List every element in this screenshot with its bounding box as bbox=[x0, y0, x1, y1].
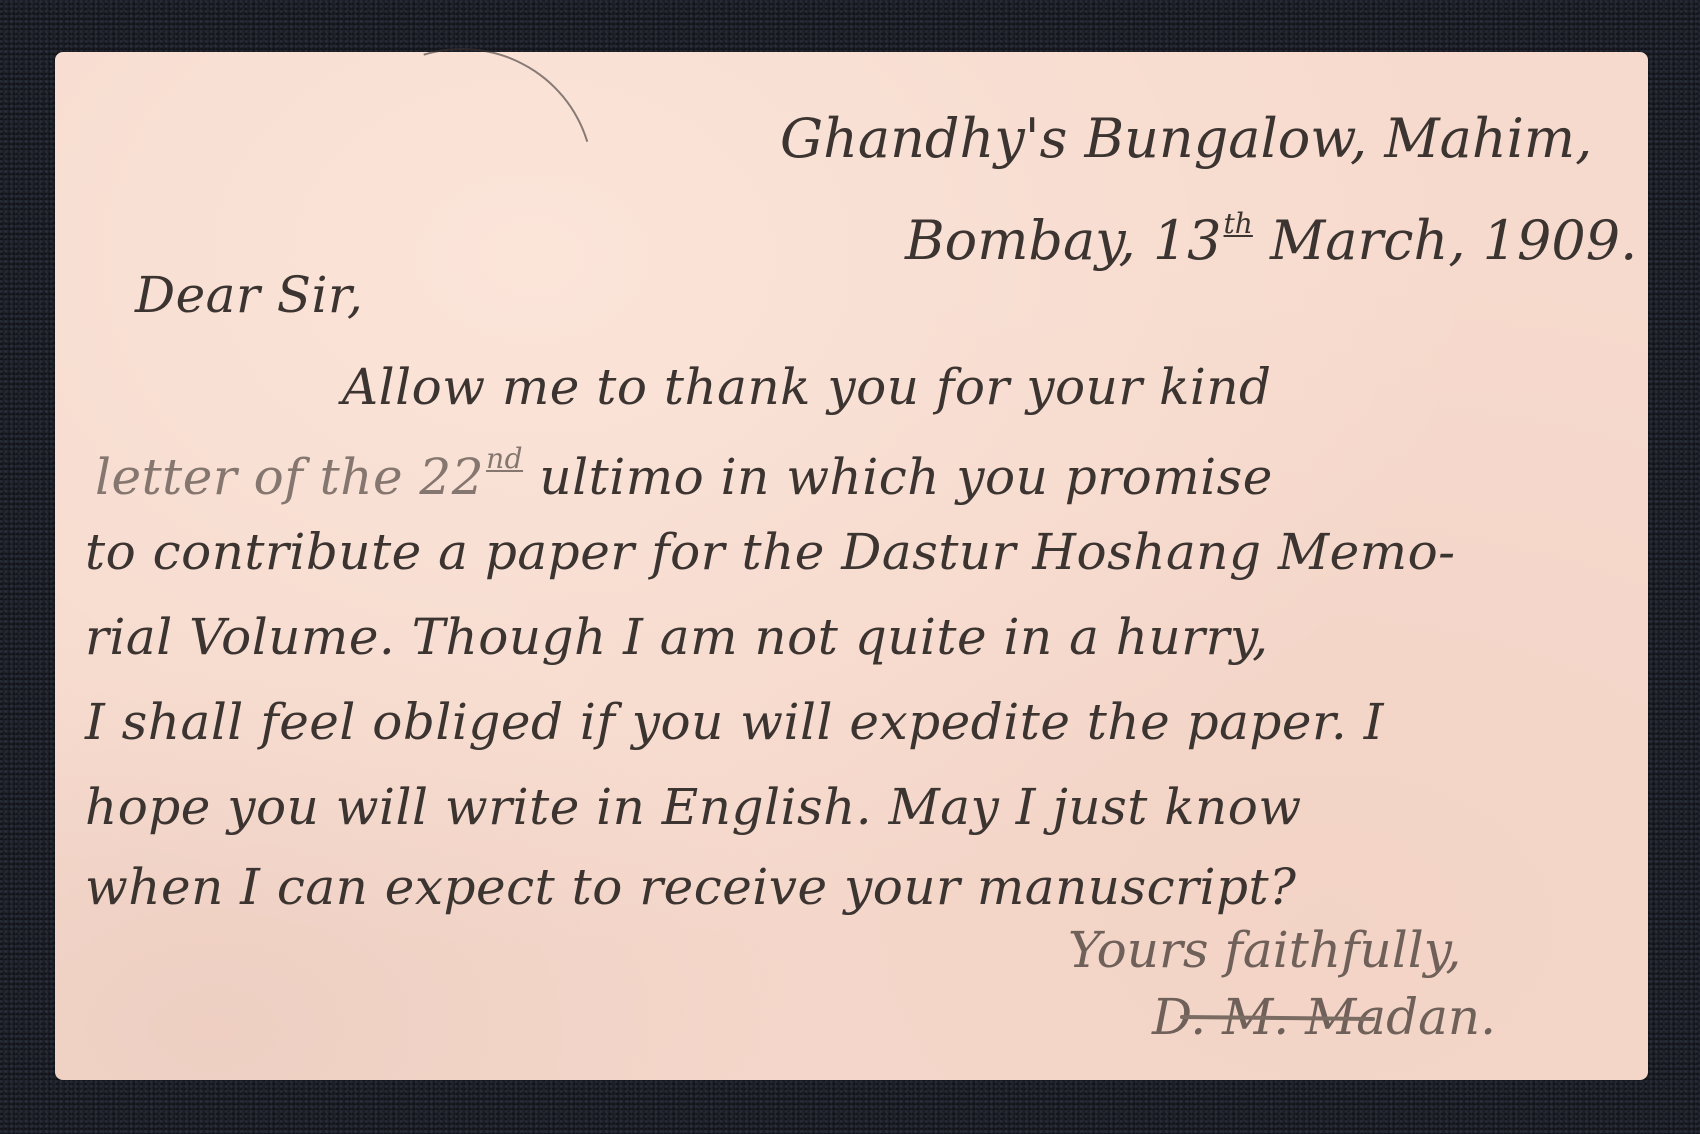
date-line: Bombay, 13th March, 1909. bbox=[905, 210, 1637, 268]
body-line-2: letter of the 22nd ultimo in which you p… bbox=[95, 445, 1273, 502]
body-line-1: Allow me to thank you for your kind bbox=[342, 362, 1272, 412]
date-line-prefix: Bombay, 13 bbox=[905, 209, 1222, 272]
body-line-7: when I can expect to receive your manusc… bbox=[85, 862, 1296, 912]
closing: Yours faithfully, bbox=[1068, 925, 1461, 975]
ordinal-superscript: nd bbox=[486, 442, 523, 475]
body-line-2-prefix: letter of the 22 bbox=[95, 448, 484, 506]
date-ordinal-superscript: th bbox=[1224, 207, 1253, 240]
body-line-4: rial Volume. Though I am not quite in a … bbox=[85, 612, 1268, 662]
date-line-suffix: March, 1909. bbox=[1253, 209, 1637, 272]
body-line-3: to contribute a paper for the Dastur Hos… bbox=[85, 527, 1456, 577]
address-line: Ghandhy's Bungalow, Mahim, bbox=[780, 112, 1592, 166]
salutation: Dear Sir, bbox=[135, 270, 363, 320]
body-line-5: I shall feel obliged if you will expedit… bbox=[85, 697, 1384, 747]
body-line-6: hope you will write in English. May I ju… bbox=[85, 782, 1302, 832]
body-line-2-suffix: ultimo in which you promise bbox=[523, 448, 1273, 506]
